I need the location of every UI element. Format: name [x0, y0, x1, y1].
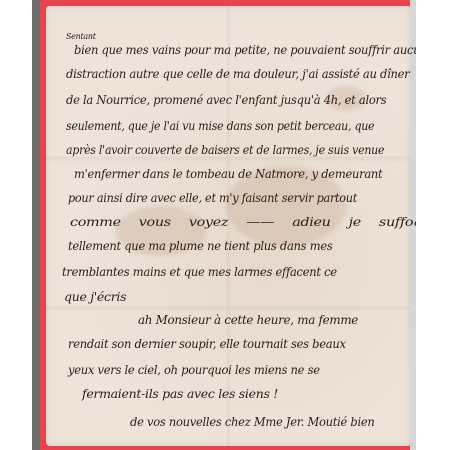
- letter-line: tellement que ma plume ne tient plus dan…: [68, 238, 332, 253]
- letter-line: fermaient-ils pas avec les siens !: [82, 386, 278, 401]
- letter-line: seulement, que je l'ai vu mise dans son …: [66, 118, 374, 133]
- letter-line: tremblantes mains et que mes larmes effa…: [62, 264, 337, 279]
- left-edge-strip: [32, 0, 40, 450]
- letter-paper: Sentant bien que mes vains pour ma petit…: [46, 6, 410, 446]
- letter-line: de vos nouvelles chez Mme Jer. Moutié bi…: [130, 414, 375, 429]
- letter-line: rendait son dernier soupir, elle tournai…: [68, 336, 346, 351]
- letter-line: pour ainsi dire avec elle, et m'y faisan…: [68, 190, 357, 205]
- margin-note: Sentant: [66, 32, 96, 41]
- letter-photo: Sentant bien que mes vains pour ma petit…: [32, 0, 416, 450]
- letter-line: de la Nourrice, promené avec l'enfant ju…: [66, 92, 386, 107]
- letter-line: ah Monsieur à cette heure, ma femme: [138, 312, 358, 327]
- letter-line: distraction autre que celle de ma douleu…: [66, 66, 409, 81]
- letter-line: que j'écris: [64, 289, 126, 304]
- letter-line: après l'avoir couverte de baisers et de …: [66, 142, 384, 157]
- letter-line: m'enfermer dans le tombeau de Natmore, y…: [74, 166, 382, 181]
- letter-line: comme vous voyez —— adieu je suffoque: [70, 214, 416, 229]
- letter-line: bien que mes vains pour ma petite, ne po…: [74, 42, 416, 57]
- letter-line: yeux vers le ciel, oh pourquoi les miens…: [68, 362, 320, 377]
